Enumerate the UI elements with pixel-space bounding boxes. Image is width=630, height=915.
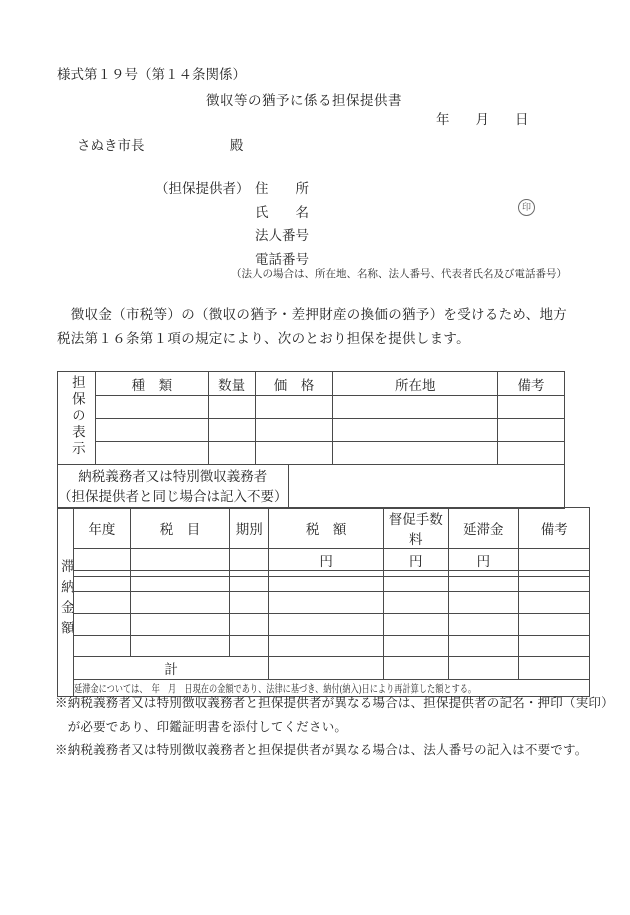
empty-cell [498,396,565,419]
empty-cell [131,592,230,614]
col-header-remarks: 備考 [518,508,589,549]
year-label: 年 [436,110,450,130]
document-page: 様式第１９号（第１４条関係） 徴収等の猶予に係る担保提供書 年 月 日 さぬき市… [0,0,630,915]
empty-cell [448,636,518,657]
empty-cell [73,636,130,657]
footnote-line: が必要であり、印鑑証明書を添付してください。 [55,716,614,740]
seal-stamp-icon: 印 [518,199,535,216]
document-title: 徴収等の猶予に係る担保提供書 [206,91,402,111]
yen-unit-label: 円 [269,549,383,571]
col-header-tax-amount: 税 額 [269,508,383,549]
body-line: 税法第１６条第１項の規定により、次のとおり担保を提供します。 [57,327,572,351]
col-header-demand-fee: 督促手数料 [383,508,448,549]
col-header-year: 年度 [73,508,130,549]
yen-unit-label: 円 [448,549,518,571]
col-header-period: 期別 [229,508,269,549]
day-label: 日 [515,110,529,130]
col-header-price: 価 格 [255,372,333,396]
empty-cell [95,442,208,465]
honorific-dono: 殿 [230,138,244,153]
empty-cell [95,419,208,442]
empty-cell [333,442,498,465]
seal-character: 印 [522,203,531,212]
empty-cell [518,592,589,614]
addressee-line: さぬき市長 殿 [77,136,243,156]
empty-cell [255,396,333,419]
footnote-line: ※納税義務者又は特別徴収義務者と担保提供者が異なる場合は、担保提供者の記名・押印… [55,692,614,716]
corporate-number-field-label: 法人番号 [255,226,309,246]
body-paragraph: 徴収金（市税等）の（徴収の猶予・差押財産の換価の猶予）を受けるため、地方 税法第… [57,303,572,351]
empty-cell [383,592,448,614]
form-number: 様式第１９号（第１４条関係） [57,65,246,85]
taxpayer-label-line1: 納税義務者又は特別徴収義務者 [58,467,288,487]
empty-cell [73,614,130,636]
empty-cell [208,396,255,419]
empty-cell [448,592,518,614]
taxpayer-value-cell [288,465,565,509]
total-label: 計 [73,657,269,680]
empty-cell [498,442,565,465]
arrears-row-header-text: 滞納金額 [58,559,73,641]
empty-cell [131,549,230,571]
taxpayer-label-cell: 納税義務者又は特別徴収義務者 （担保提供者と同じ場合は記入不要） [58,465,289,509]
empty-cell [255,419,333,442]
col-header-quantity: 数量 [208,372,255,396]
empty-cell [131,636,230,657]
security-row-header-text: 担保の表示 [69,375,84,458]
empty-cell [448,614,518,636]
corporate-case-note: （法人の場合は、所在地、名称、法人番号、代表者氏名及び電話番号） [231,266,567,281]
yen-unit-label: 円 [383,549,448,571]
total-demand-fee-cell [383,657,448,680]
mayor-name: さぬき市長 [77,138,145,153]
empty-cell [95,396,208,419]
empty-cell [269,614,383,636]
empty-cell [255,442,333,465]
empty-cell [333,396,498,419]
empty-cell [73,577,130,592]
empty-cell [518,614,589,636]
empty-cell [229,592,269,614]
empty-cell [208,442,255,465]
taxpayer-label-line2: （担保提供者と同じ場合は記入不要） [58,487,288,507]
provider-block: （担保提供者） 住 所 氏 名 法人番号 電話番号 [155,179,309,273]
name-field-label: 氏 名 [255,203,309,223]
provider-caption: （担保提供者） [155,179,255,199]
empty-cell [518,549,589,571]
empty-cell [518,636,589,657]
col-header-remarks: 備考 [498,372,565,396]
empty-cell [229,636,269,657]
footnotes-block: ※納税義務者又は特別徴収義務者と担保提供者が異なる場合は、担保提供者の記名・押印… [55,692,614,763]
body-line: 徴収金（市税等）の（徴収の猶予・差押財産の換価の猶予）を受けるため、地方 [57,303,572,327]
security-table: 担保の表示 種 類 数量 価 格 所在地 備考 [57,371,565,465]
empty-cell [269,636,383,657]
month-label: 月 [476,110,490,130]
empty-cell [131,577,230,592]
address-field-label: 住 所 [255,179,309,199]
empty-cell [333,419,498,442]
col-header-location: 所在地 [333,372,498,396]
empty-cell [73,592,130,614]
taxpayer-section: 納税義務者又は特別徴収義務者 （担保提供者と同じ場合は記入不要） [57,464,565,509]
empty-cell [448,577,518,592]
empty-cell [73,549,130,571]
empty-cell [518,577,589,592]
col-header-late-charge: 延滞金 [448,508,518,549]
empty-cell [229,614,269,636]
empty-cell [208,419,255,442]
security-row-header: 担保の表示 [58,372,96,465]
empty-cell [229,577,269,592]
empty-cell [229,549,269,571]
footnote-line: ※納税義務者又は特別徴収義務者と担保提供者が異なる場合は、法人番号の記入は不要で… [55,739,614,763]
empty-cell [383,636,448,657]
empty-cell [269,577,383,592]
col-header-type: 種 類 [95,372,208,396]
empty-cell [383,614,448,636]
empty-cell [383,577,448,592]
total-remarks-cell [518,657,589,680]
total-tax-amount-cell [269,657,383,680]
arrears-table: 滞納金額 年度 税 目 期別 税 額 督促手数料 延滞金 備考 円 円 円 [57,507,590,697]
empty-cell [269,592,383,614]
date-line: 年 月 日 [436,110,529,130]
total-late-charge-cell [448,657,518,680]
col-header-tax-item: 税 目 [131,508,230,549]
empty-cell [498,419,565,442]
empty-cell [131,614,230,636]
arrears-row-header: 滞納金額 [58,508,74,697]
